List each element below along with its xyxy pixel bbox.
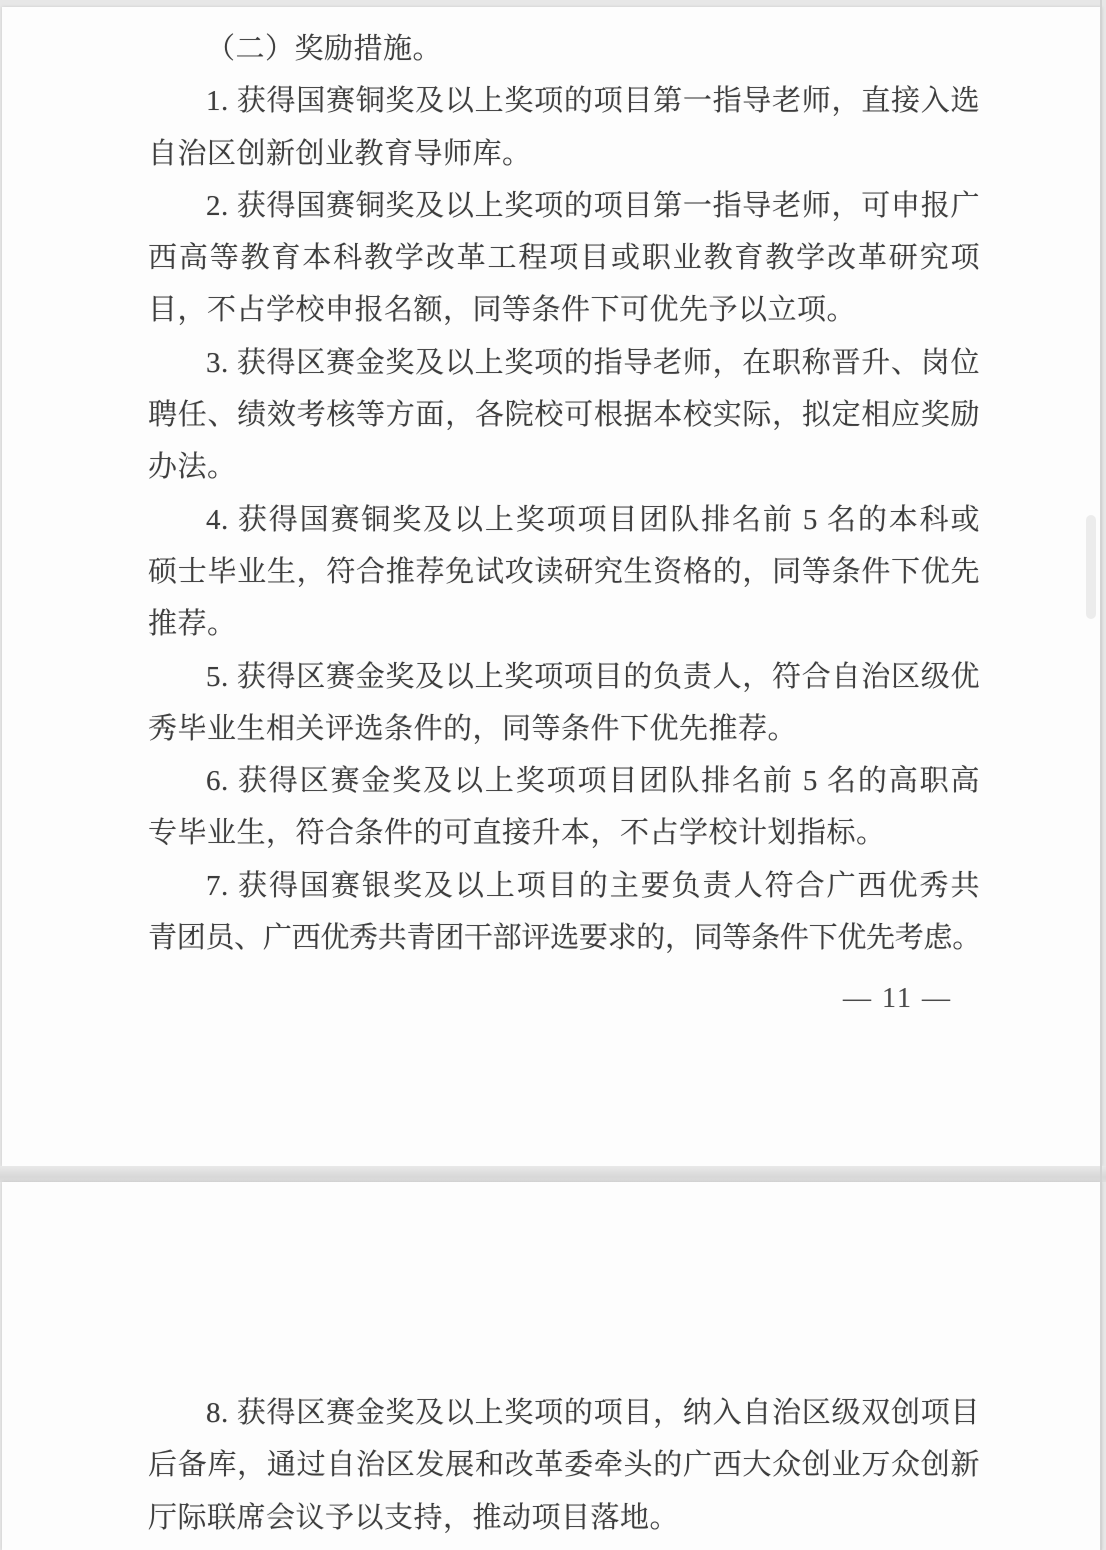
text-line: 1. 获得国赛铜奖及以上奖项的项目第一指导老师，直接入选 — [148, 75, 980, 127]
page-edge-line — [1100, 0, 1102, 1550]
text-line: 青团员、广西优秀共青团干部评选要求的，同等条件下优先考虑。 — [148, 912, 980, 964]
text-line: 目，不占学校申报名额，同等条件下可优先予以立项。 — [148, 284, 980, 336]
text-line: （二）奖励措施。 — [148, 23, 980, 75]
text-line: 专毕业生，符合条件的可直接升本，不占学校计划指标。 — [148, 807, 980, 859]
text-line: 聘任、绩效考核等方面，各院校可根据本校实际，拟定相应奖励 — [148, 389, 980, 441]
text-line: 后备库，通过自治区发展和改革委牵头的广西大众创业万众创新 — [148, 1439, 980, 1491]
text-line: 7. 获得国赛银奖及以上项目的主要负责人符合广西优秀共 — [148, 860, 980, 912]
document-page-11: （二）奖励措施。1. 获得国赛铜奖及以上奖项的项目第一指导老师，直接入选自治区创… — [2, 7, 1102, 1166]
text-line: 8. 获得区赛金奖及以上奖项的项目，纳入自治区级双创项目 — [148, 1387, 980, 1439]
text-line: 2. 获得国赛铜奖及以上奖项的项目第一指导老师，可申报广 — [148, 180, 980, 232]
page-number: — 11 — — [843, 983, 952, 1015]
text-line: 自治区创新创业教育导师库。 — [148, 128, 980, 180]
text-line: 5. 获得区赛金奖及以上奖项项目的负责人，符合自治区级优 — [148, 651, 980, 703]
page-11-text: （二）奖励措施。1. 获得国赛铜奖及以上奖项的项目第一指导老师，直接入选自治区创… — [148, 23, 980, 964]
page-divider — [0, 1166, 1106, 1182]
document-page-12: 8. 获得区赛金奖及以上奖项的项目，纳入自治区级双创项目后备库，通过自治区发展和… — [2, 1182, 1102, 1550]
text-line: 硕士毕业生，符合推荐免试攻读研究生资格的，同等条件下优先 — [148, 546, 980, 598]
text-line: 厅际联席会议予以支持，推动项目落地。 — [148, 1492, 980, 1544]
text-line: 秀毕业生相关评选条件的，同等条件下优先推荐。 — [148, 703, 980, 755]
text-line: 西高等教育本科教学改革工程项目或职业教育教学改革研究项 — [148, 232, 980, 284]
text-line: 推荐。 — [148, 598, 980, 650]
text-line: 6. 获得区赛金奖及以上奖项项目团队排名前 5 名的高职高 — [148, 755, 980, 807]
page-12-text: 8. 获得区赛金奖及以上奖项的项目，纳入自治区级双创项目后备库，通过自治区发展和… — [148, 1387, 980, 1544]
document-viewer: （二）奖励措施。1. 获得国赛铜奖及以上奖项的项目第一指导老师，直接入选自治区创… — [0, 0, 1106, 1550]
text-line: 4. 获得国赛铜奖及以上奖项项目团队排名前 5 名的本科或 — [148, 494, 980, 546]
scrollbar-thumb[interactable] — [1086, 515, 1096, 619]
text-line: 办法。 — [148, 441, 980, 493]
text-line: 3. 获得区赛金奖及以上奖项的指导老师，在职称晋升、岗位 — [148, 337, 980, 389]
